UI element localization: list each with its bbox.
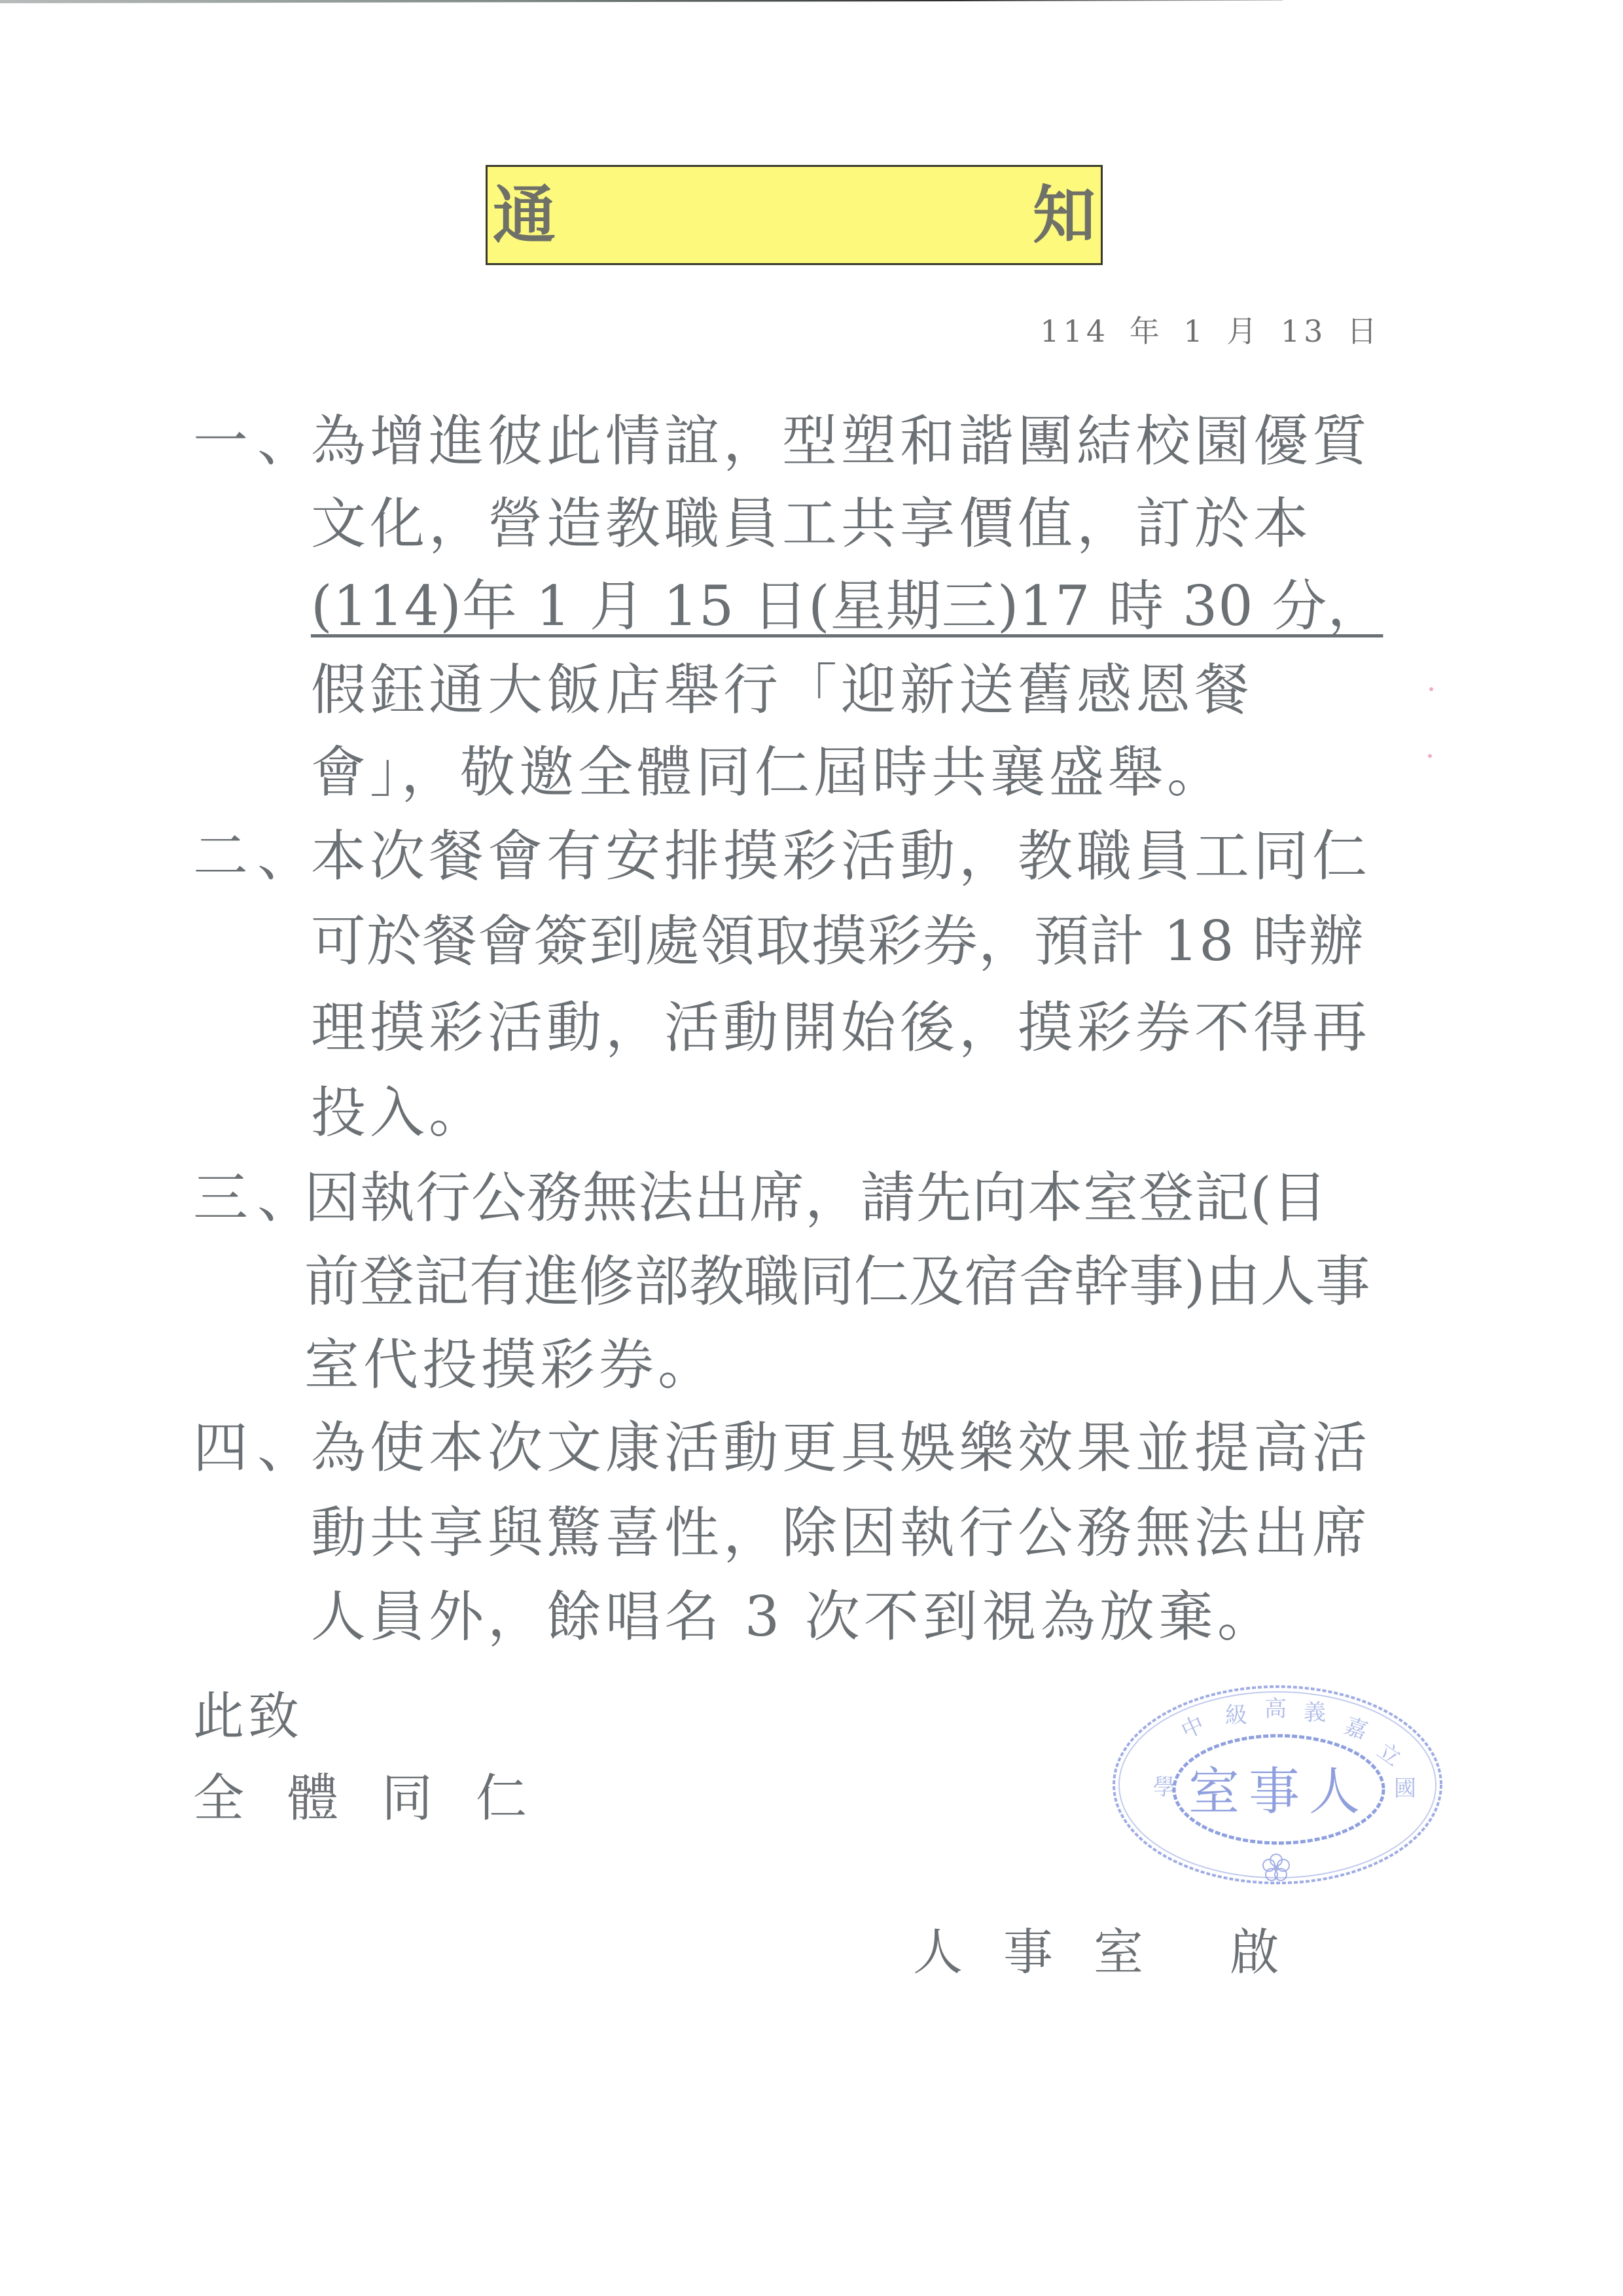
scan-edge-artifact — [0, 0, 1283, 3]
item-1-line-3-event-datetime: (114)年 1 月 15 日(星期三)17 時 30 分， — [311, 573, 1383, 639]
item-2-line-3: 理摸彩活動，活動開始後，摸彩券不得再 — [311, 995, 1371, 1060]
item-3-line-1: 因執行公務無法出席，請先向本室登記(目 — [304, 1165, 1328, 1230]
item-4-line-1: 為使本次文康活動更具娛樂效果並提高活 — [311, 1415, 1371, 1480]
seal-inner-text: 室事人 — [1188, 1763, 1369, 1821]
closing-recipient: 全體同仁 — [193, 1767, 570, 1830]
item-3-line-3: 室代投摸彩券。 — [304, 1332, 717, 1397]
svg-text:學: 學 — [1153, 1774, 1175, 1801]
svg-text:國: 國 — [1394, 1776, 1416, 1802]
item-1-marker: 一、 — [193, 408, 321, 474]
item-1-line-4: 假鈺通大飯店舉行「迎新送舊感恩餐 — [311, 657, 1253, 723]
svg-text:級: 級 — [1225, 1702, 1247, 1729]
svg-text:中: 中 — [1177, 1712, 1209, 1745]
item-3-marker: 三、 — [193, 1165, 321, 1230]
item-2-line-2: 可於餐會簽到處領取摸彩券，預計 18 時辦 — [311, 908, 1364, 974]
item-3-line-2: 前登記有進修部教職同仁及宿舍幹事)由人事 — [304, 1249, 1370, 1314]
notice-title-box: 通 知 — [486, 165, 1103, 265]
seal-icon: 室事人 學 中 級 高 義 嘉 立 國 — [1107, 1677, 1448, 1893]
signature-office: 人事室 — [913, 1923, 1184, 1981]
item-2-marker: 二、 — [193, 823, 321, 889]
svg-text:高: 高 — [1264, 1696, 1287, 1722]
office-seal-stamp: 室事人 學 中 級 高 義 嘉 立 國 — [1107, 1677, 1448, 1893]
item-1-line-5: 會」，敬邀全體同仁屆時共襄盛舉。 — [311, 740, 1226, 805]
scan-speck — [1428, 754, 1432, 758]
item-4-line-2: 動共享與驚喜性，除因執行公務無法出席 — [311, 1500, 1371, 1566]
svg-text:義: 義 — [1304, 1700, 1326, 1726]
svg-text:嘉: 嘉 — [1341, 1713, 1371, 1745]
title-char-tong: 通 — [493, 183, 556, 248]
item-1-line-1: 為增進彼此情誼，型塑和諧團結校園優質 — [311, 408, 1371, 474]
signature-block: 人事室啟 — [913, 1921, 1320, 1984]
closing-salutation: 此致 — [193, 1685, 303, 1748]
item-2-line-4: 投入。 — [311, 1080, 488, 1145]
notice-date: 114 年 1 月 13 日 — [1040, 313, 1381, 350]
title-char-zhi: 知 — [1033, 183, 1096, 248]
item-4-marker: 四、 — [193, 1415, 321, 1480]
item-1-line-2: 文化，營造教職員工共享價值，訂於本 — [311, 491, 1312, 556]
svg-text:立: 立 — [1372, 1738, 1406, 1772]
scan-speck — [1429, 687, 1433, 691]
signature-suffix: 啟 — [1230, 1923, 1320, 1981]
item-4-line-3: 人員外，餘唱名 3 次不到視為放棄。 — [311, 1584, 1276, 1649]
item-2-line-1: 本次餐會有安排摸彩活動，教職員工同仁 — [311, 823, 1371, 889]
